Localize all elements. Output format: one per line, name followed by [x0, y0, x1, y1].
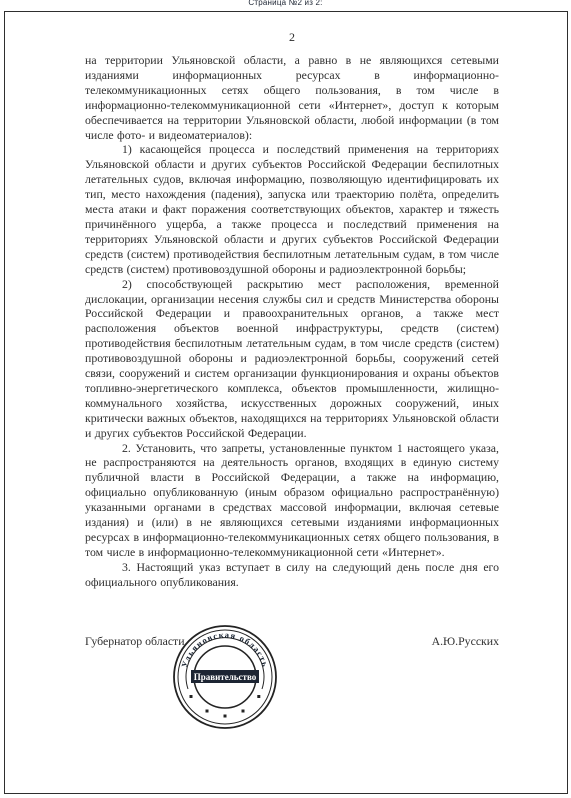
signature-row: Губернатор области А.Ю.Русских — [85, 634, 499, 649]
stamp-ring-text: Ульяновская область — [179, 630, 271, 669]
paragraph-point-3: 3. Настоящий указ вступает в силу на сле… — [85, 560, 499, 590]
print-page-header: Страница №2 из 2: — [0, 0, 571, 8]
stamp-center-text: Правительство — [194, 672, 257, 682]
svg-text:Ульяновская область: Ульяновская область — [179, 630, 271, 669]
page-number: 2 — [85, 30, 499, 44]
paragraph-continuation: на территории Ульяновской области, а рав… — [85, 53, 499, 142]
paragraph-item-2: 2) способствующей раскрытию мест располо… — [85, 277, 499, 441]
paragraph-item-1: 1) касающейся процесса и последствий при… — [85, 142, 499, 276]
paragraph-point-2: 2. Установить, что запреты, установленны… — [85, 441, 499, 560]
document-content: 2 на территории Ульяновской области, а р… — [85, 30, 499, 649]
stamp-dots — [190, 695, 261, 718]
signature-name: А.Ю.Русских — [432, 634, 499, 649]
government-seal-stamp: Ульяновская область Правительство — [170, 622, 280, 732]
